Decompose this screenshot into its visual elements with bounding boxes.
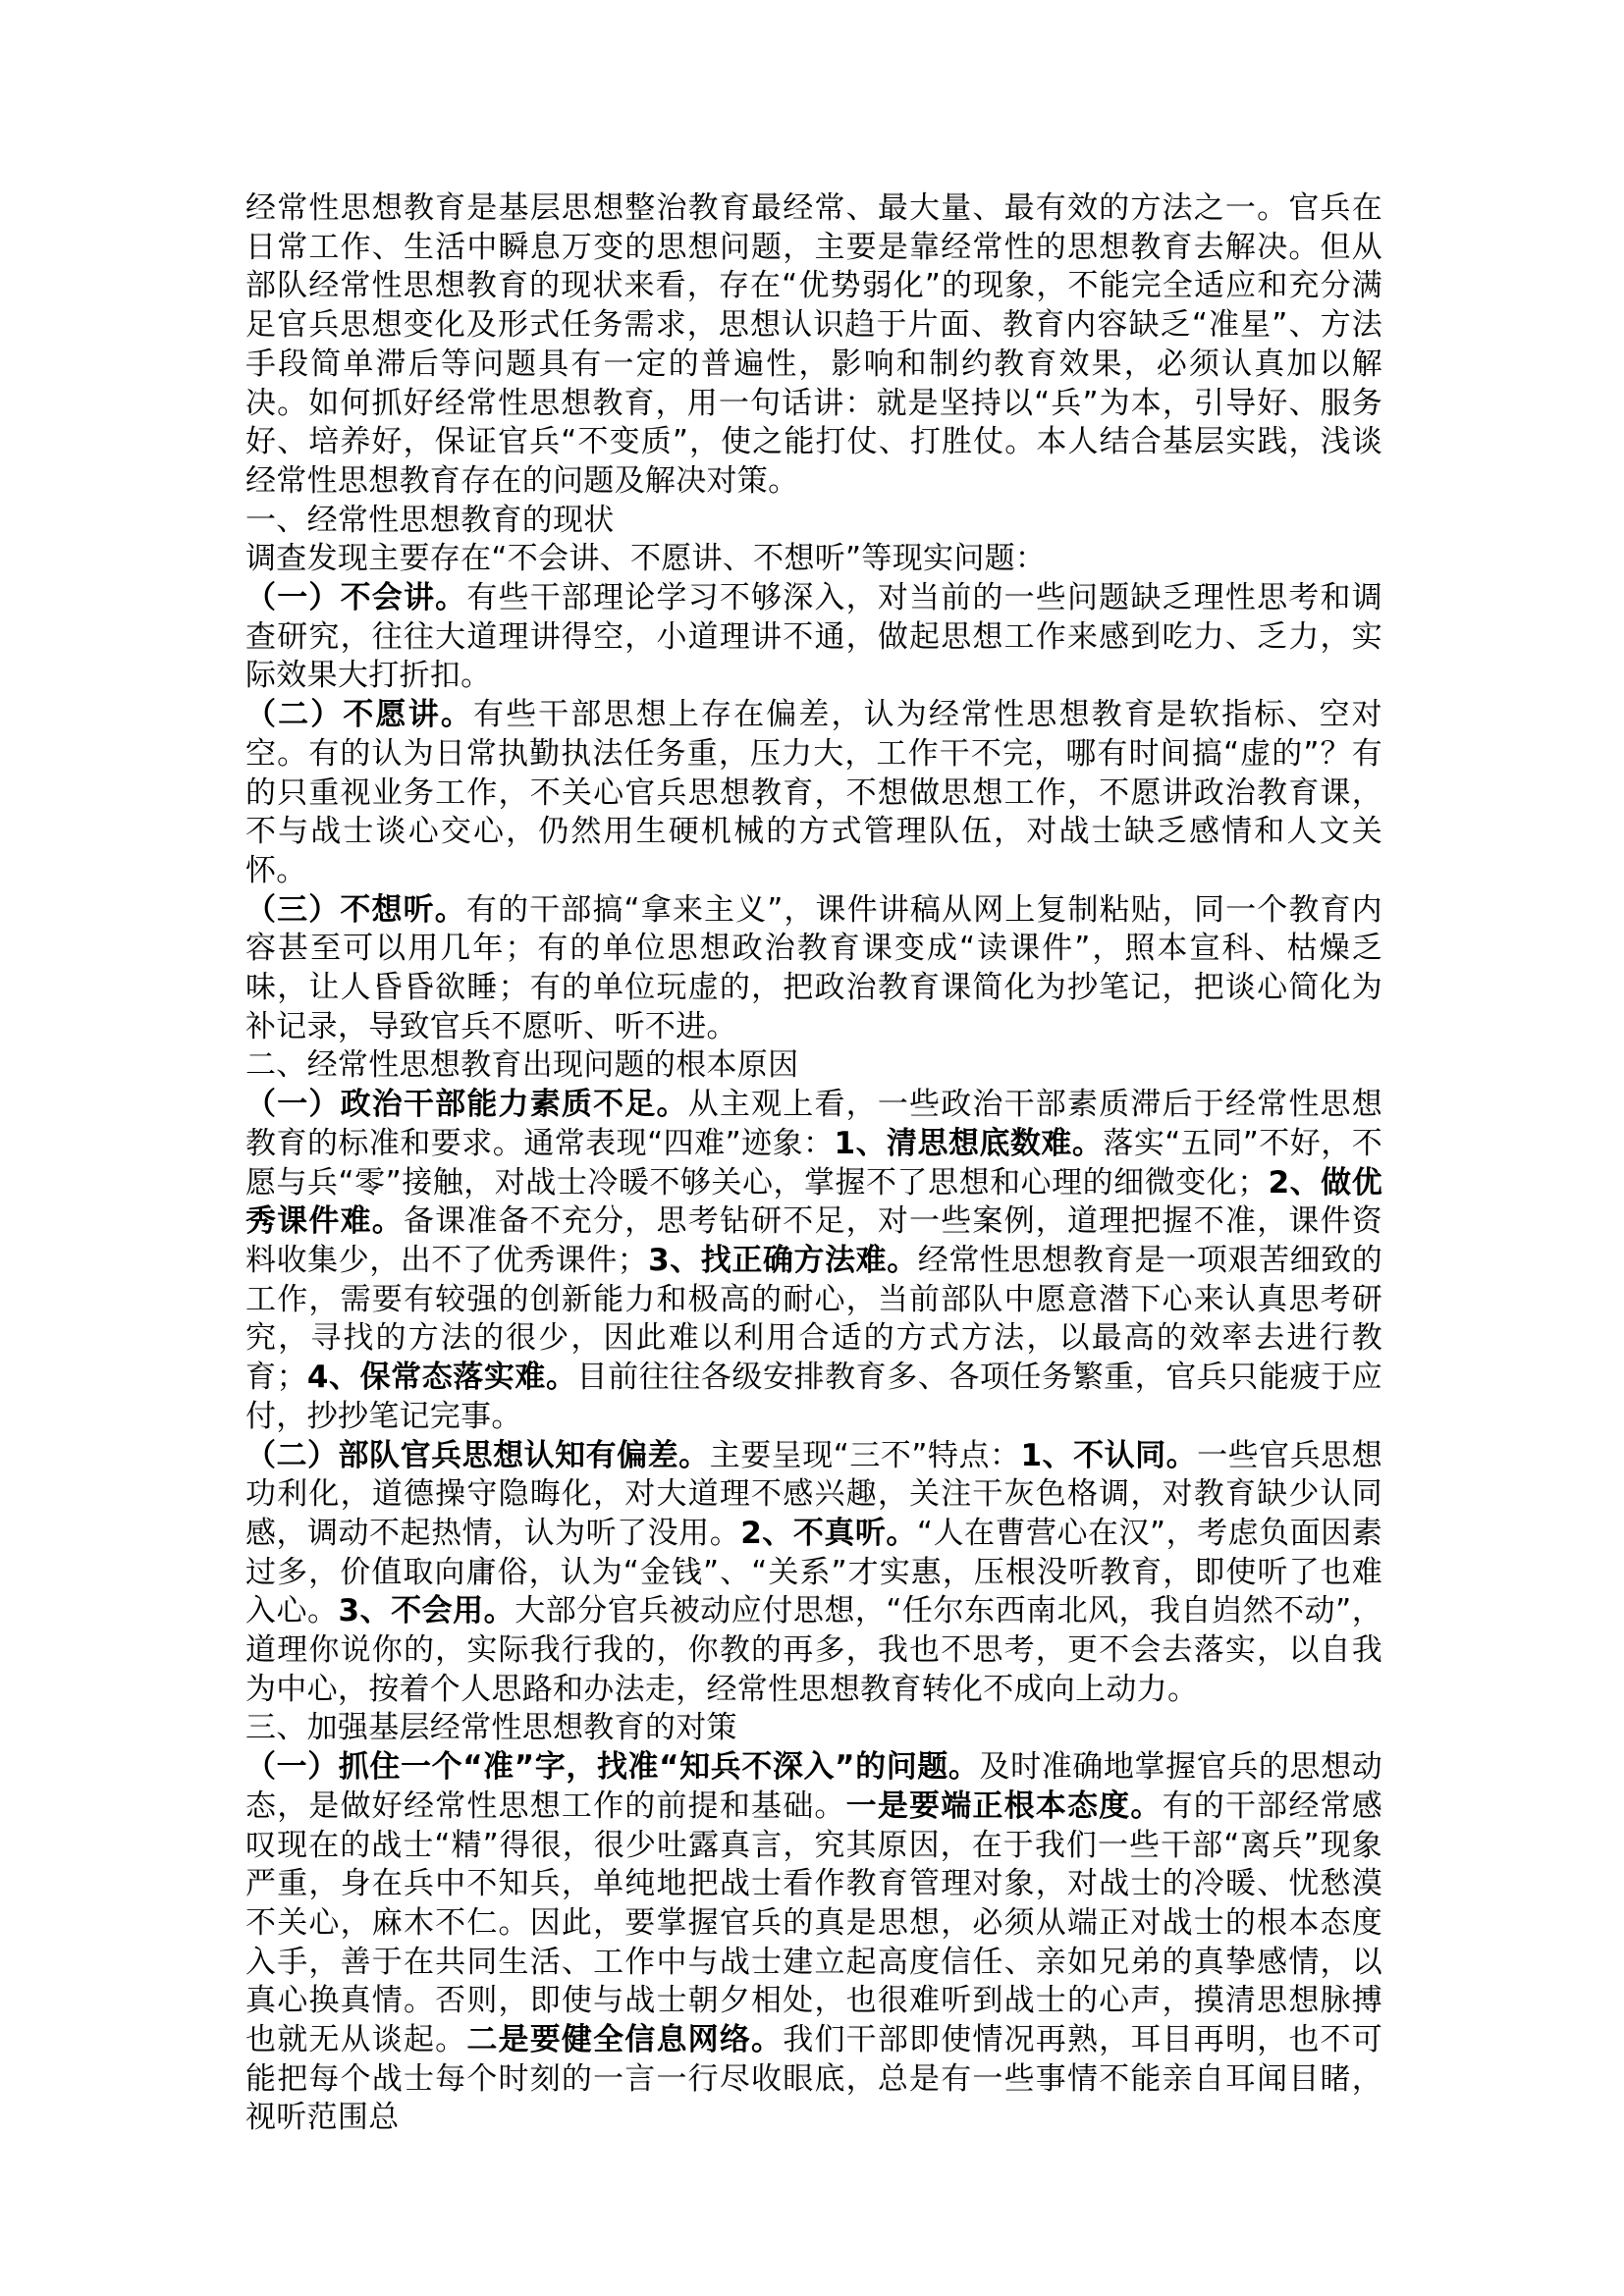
text-run: 调查发现主要存在“不会讲、不愿讲、不想听”等现实问题： <box>245 541 1046 576</box>
bold-text-run: 3、不会用。 <box>339 1593 515 1629</box>
paragraph: 一、经常性思想教育的现状 <box>245 502 1382 541</box>
paragraph: （一）政治干部能力素质不足。从主观上看，一些政治干部素质滞后于经常性思想教育的标… <box>245 1086 1382 1436</box>
text-run: 二、经常性思想教育出现问题的根本原因 <box>245 1047 798 1083</box>
bold-text-run: 一是要端正根本态度。 <box>846 1789 1163 1824</box>
paragraph: （二）部队官兵思想认知有偏差。主要呈现“三不”特点：1、不认同。一些官兵思想功利… <box>245 1437 1382 1710</box>
document-page: 经常性思想教育是基层思想整治教育最经常、最大量、最有效的方法之一。官兵在日常工作… <box>0 0 1624 2296</box>
paragraph: （一）抓住一个“准”字，找准“知兵不深入”的问题。及时准确地掌握官兵的思想动态，… <box>245 1748 1382 2138</box>
bold-text-run: 二是要健全信息网络。 <box>466 2022 783 2057</box>
document-body: 经常性思想教育是基层思想整治教育最经常、最大量、最有效的方法之一。官兵在日常工作… <box>245 189 1382 2138</box>
bold-text-run: （二）不愿讲。 <box>245 697 473 732</box>
bold-text-run: （一）政治干部能力素质不足。 <box>245 1087 688 1122</box>
bold-text-run: 1、不认同。 <box>1020 1438 1197 1473</box>
bold-text-run: （一）抓住一个“准”字，找准“知兵不深入”的问题。 <box>245 1749 980 1785</box>
text-run: 三、加强基层经常性思想教育的对策 <box>245 1710 737 1745</box>
text-run: 主要呈现“三不”特点： <box>710 1438 1021 1473</box>
text-run: 经常性思想教育是基层思想整治教育最经常、最大量、最有效的方法之一。官兵在日常工作… <box>245 190 1382 499</box>
paragraph: 三、加强基层经常性思想教育的对策 <box>245 1709 1382 1748</box>
paragraph: （一）不会讲。有些干部理论学习不够深入，对当前的一些问题缺乏理性思考和调查研究，… <box>245 579 1382 696</box>
paragraph: 二、经常性思想教育出现问题的根本原因 <box>245 1046 1382 1086</box>
text-run: 一、经常性思想教育的现状 <box>245 503 615 538</box>
text-run: 有的干部经常感叹现在的战士“精”得很，很少吐露真言，究其原因，在于我们一些干部“… <box>245 1789 1382 2057</box>
paragraph: （三）不想听。有的干部搞“拿来主义”，课件讲稿从网上复制粘贴，同一个教育内容甚至… <box>245 891 1382 1047</box>
paragraph: （二）不愿讲。有些干部思想上存在偏差，认为经常性思想教育是软指标、空对空。有的认… <box>245 696 1382 891</box>
paragraph: 经常性思想教育是基层思想整治教育最经常、最大量、最有效的方法之一。官兵在日常工作… <box>245 189 1382 502</box>
paragraph: 调查发现主要存在“不会讲、不愿讲、不想听”等现实问题： <box>245 540 1382 579</box>
bold-text-run: 1、清思想底数难。 <box>835 1126 1104 1161</box>
bold-text-run: （二）部队官兵思想认知有偏差。 <box>245 1438 710 1473</box>
bold-text-run: （三）不想听。 <box>245 892 466 928</box>
bold-text-run: （一）不会讲。 <box>245 580 466 615</box>
bold-text-run: 2、不真听。 <box>740 1516 917 1551</box>
bold-text-run: 3、找正确方法难。 <box>648 1243 918 1278</box>
bold-text-run: 4、保常态落实难。 <box>307 1360 577 1395</box>
